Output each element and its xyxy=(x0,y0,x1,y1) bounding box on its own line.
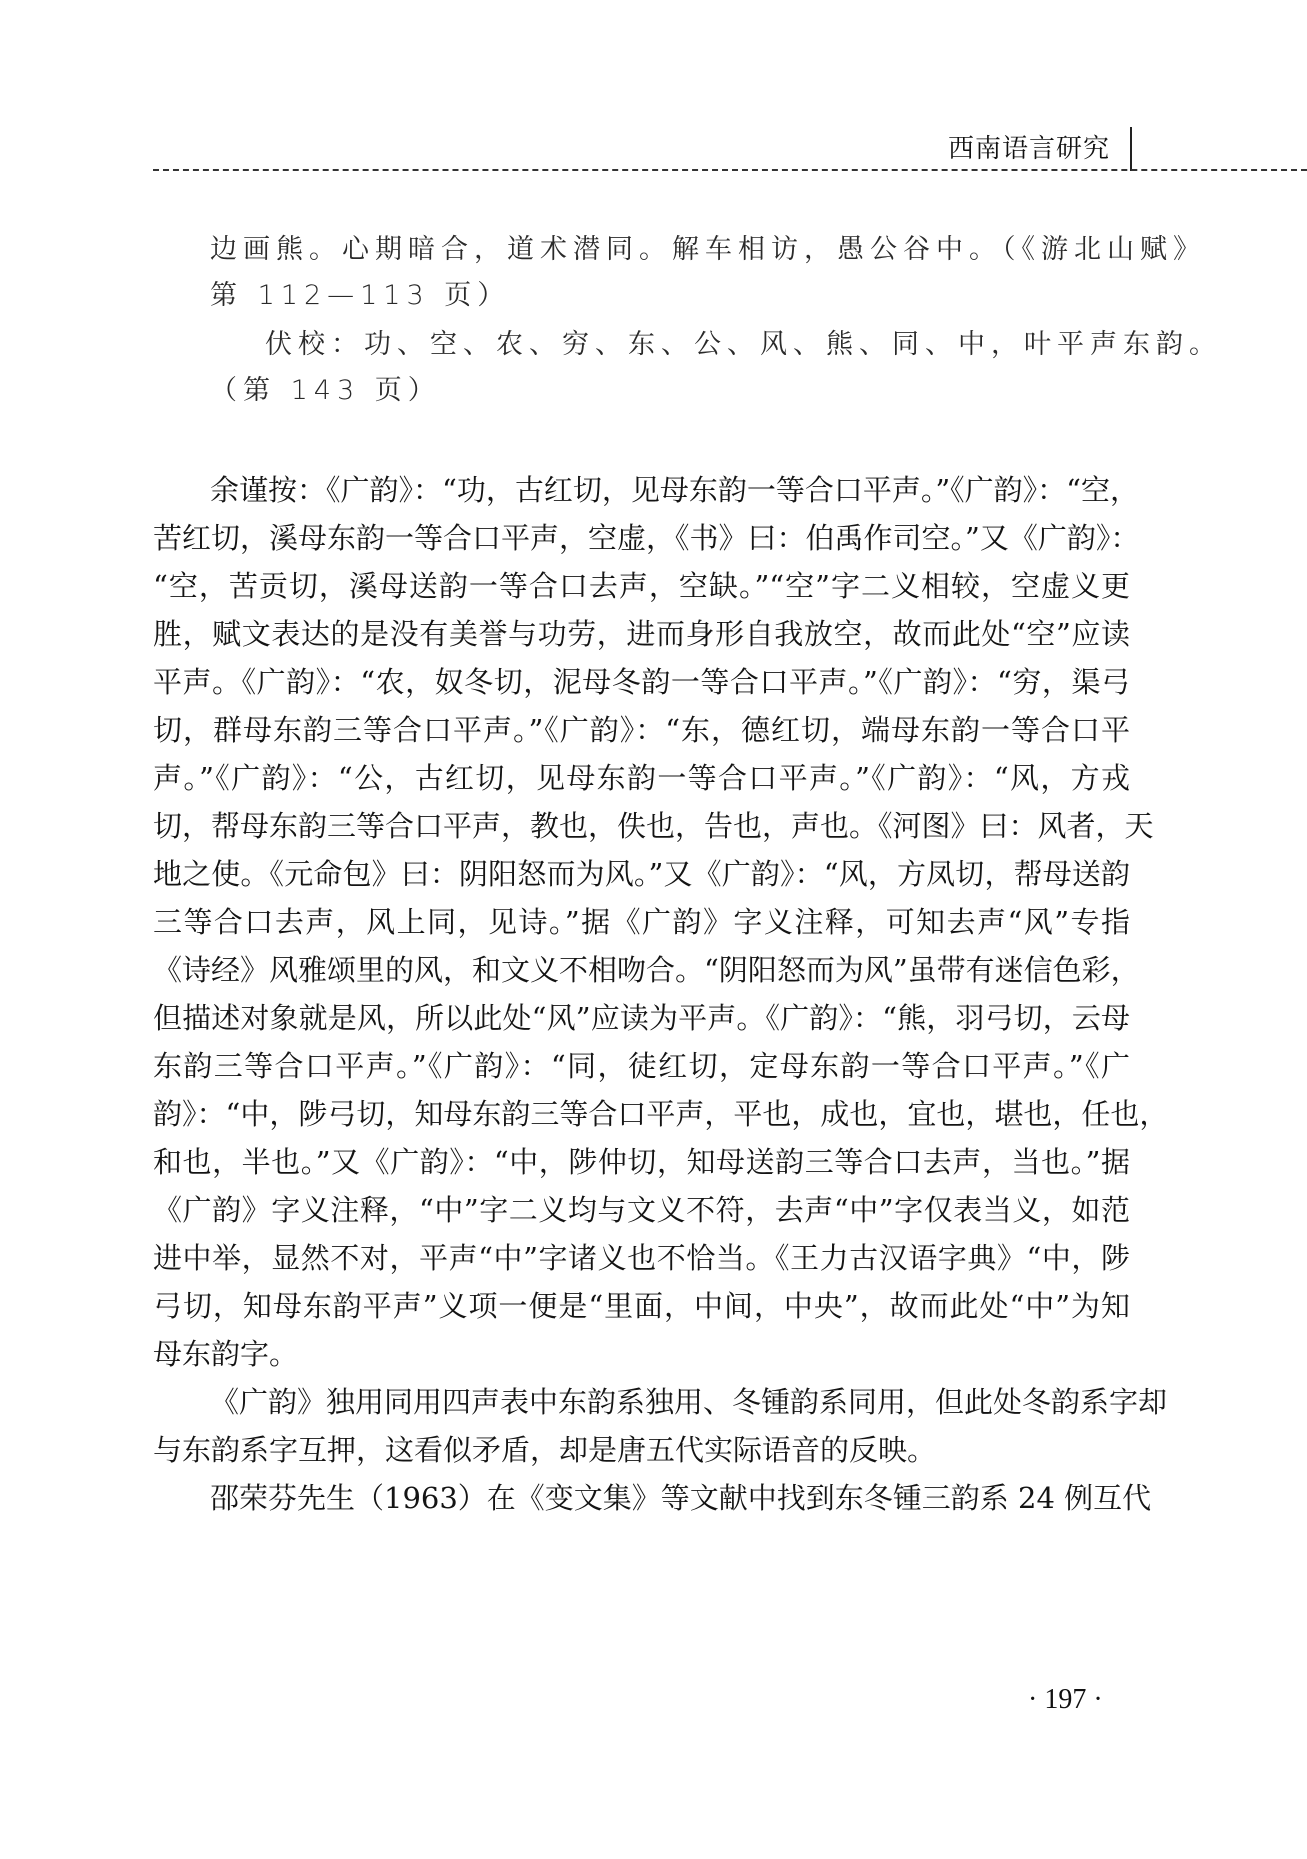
body-line: 《诗经》风雅颂里的风，和文义不相吻合。“阴阳怒而为风”虽带有迷信色彩， xyxy=(153,952,1130,988)
body-line: 但描述对象就是风，所以此处“风”应读为平声。《广韵》：“熊，羽弓切，云母 xyxy=(153,1000,1130,1036)
body-line: 胜，赋文表达的是没有美誉与功劳，进而身形自我放空，故而此处“空”应读 xyxy=(153,616,1130,652)
body-line: 弓切，知母东韵平声”义项一便是“里面，中间，中央”，故而此处“中”为知 xyxy=(153,1288,1130,1324)
quote-line: 伏校：功、空、农、穷、东、公、风、熊、同、中，叶平声东韵。 xyxy=(265,328,1222,362)
body-line: 切，帮母东韵三等合口平声，教也，佚也，告也，声也。《河图》曰：风者，天 xyxy=(153,808,1130,844)
body-line: 地之使。《元命包》曰：阴阳怒而为风。”又《广韵》：“风，方凤切，帮母送韵 xyxy=(153,856,1130,892)
body-line: 声。”《广韵》：“公，古红切，见母东韵一等合口平声。”《广韵》：“风，方戎 xyxy=(153,760,1130,796)
body-line: 苦红切，溪母东韵一等合口平声，空虚，《书》曰：伯禹作司空。”又《广韵》： xyxy=(153,520,1130,556)
journal-title: 西南语言研究 xyxy=(948,132,1110,166)
body-line: 切，群母东韵三等合口平声。”《广韵》：“东，德红切，端母东韵一等合口平 xyxy=(153,712,1130,748)
body-line: 韵》：“中，陟弓切，知母东韵三等合口平声，平也，成也，宜也，堪也，任也， xyxy=(153,1096,1130,1132)
body-line: 母东韵字。 xyxy=(153,1336,1130,1372)
page-number: · 197 · xyxy=(1028,1684,1103,1716)
quote-line: 边画熊。心期暗合，道术潜同。解车相访，愚公谷中。（《游北山赋》 xyxy=(210,233,1206,267)
body-line: 邵荣芬先生（1963）在《变文集》等文献中找到东冬锺三韵系 24 例互代 xyxy=(210,1480,1130,1516)
header-vertical-rule xyxy=(1130,127,1132,171)
body-line: 平声。《广韵》：“农，奴冬切，泥母冬韵一等合口平声。”《广韵》：“穷，渠弓 xyxy=(153,664,1130,700)
body-line: 东韵三等合口平声。”《广韵》：“同，徒红切，定母东韵一等合口平声。”《广 xyxy=(153,1048,1130,1084)
header-dashed-rule xyxy=(153,169,1307,171)
body-line: 三等合口去声，风上同，见诗。”据《广韵》字义注释，可知去声“风”专指 xyxy=(153,904,1130,940)
body-line: “空，苦贡切，溪母送韵一等合口去声，空缺。”“空”字二义相较，空虚义更 xyxy=(153,568,1130,604)
body-line: 和也，半也。”又《广韵》：“中，陟仲切，知母送韵三等合口去声，当也。”据 xyxy=(153,1144,1130,1180)
body-line: 余谨按：《广韵》：“功，古红切，见母东韵一等合口平声。”《广韵》：“空， xyxy=(210,472,1130,508)
body-line: 《广韵》字义注释，“中”字二义均与文义不符，去声“中”字仅表当义，如范 xyxy=(153,1192,1130,1228)
quote-line: （第 143 页） xyxy=(210,374,441,408)
quote-line: 第 112—113 页） xyxy=(210,279,510,313)
body-line: 《广韵》独用同用四声表中东韵系独用、冬锺韵系同用，但此处冬韵系字却 xyxy=(210,1384,1130,1420)
body-line: 进中举，显然不对，平声“中”字诸义也不恰当。《王力古汉语字典》“中，陟 xyxy=(153,1240,1130,1276)
body-line: 与东韵系字互押，这看似矛盾，却是唐五代实际语音的反映。 xyxy=(153,1432,1130,1468)
